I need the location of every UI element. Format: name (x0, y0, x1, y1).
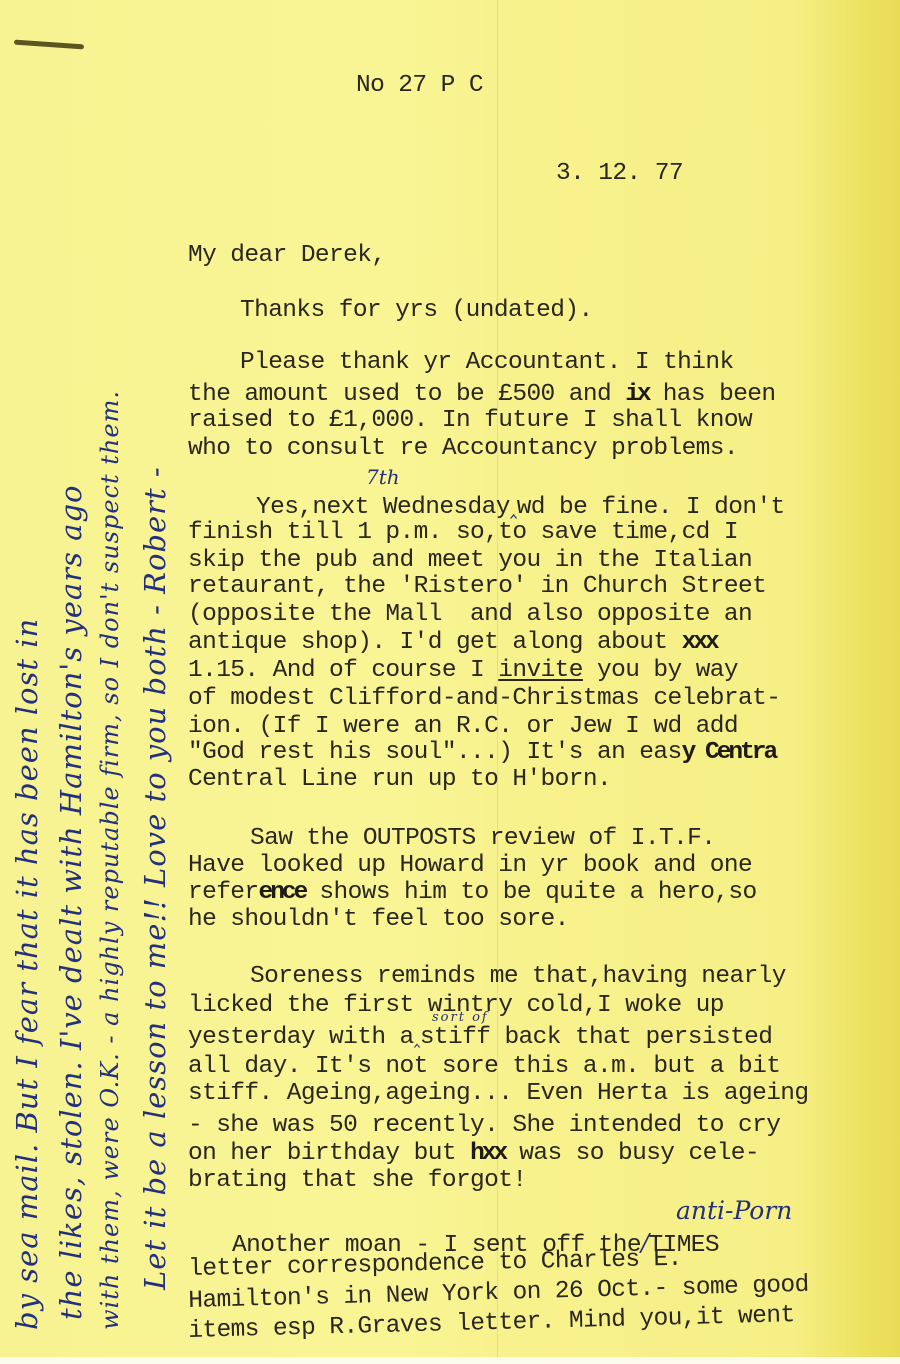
text-span: antique shop). I'd get along about (188, 629, 682, 656)
text-line: Soreness reminds me that,having nearly (250, 963, 786, 990)
underlined-text: invite (498, 657, 583, 684)
text-line: yesterday with a‸stiff back that persist… (188, 1023, 772, 1051)
text-line: on her birthday but hxx was so busy cele… (188, 1140, 759, 1167)
text-line: ion. (If I were an R.C. or Jew I wd add (188, 713, 738, 740)
reference-number: No 27 P C (356, 72, 483, 99)
text-span: on her birthday but (188, 1140, 470, 1167)
text-line: brating that she forgot! (188, 1167, 526, 1194)
text-line: retaurant, the 'Ristero' in Church Stree… (188, 573, 766, 600)
text-line: finish till 1 p.m. so,to save time,cd I (188, 519, 738, 546)
text-span: "God rest his soul"...) It's an eas (188, 739, 682, 766)
text-line: stiff. Ageing,ageing... Even Herta is ag… (188, 1080, 809, 1107)
text-span: refer (188, 879, 259, 906)
strikeout-text: y Centra (682, 739, 776, 766)
strikeout-text: ence (259, 879, 306, 906)
text-line: - she was 50 recently. She intended to c… (188, 1112, 780, 1139)
letter-page: No 27 P C 3. 12. 77 My dear Derek, Thank… (0, 0, 900, 1357)
handwritten-insertion: anti-Porn (676, 1196, 792, 1225)
margin-note-line: the likes, stolen. I've dealt with Hamil… (54, 485, 88, 1320)
text-span: wd be fine. I don't (517, 494, 785, 521)
text-span: was so busy cele- (505, 1140, 759, 1167)
letter-date: 3. 12. 77 (556, 160, 683, 187)
paragraph-thanks: Thanks for yrs (undated). (240, 297, 593, 324)
text-span: you by way (583, 657, 738, 684)
margin-note-line: by sea mail. But I fear that it has been… (10, 618, 44, 1330)
text-line: reference shows him to be quite a hero,s… (188, 879, 757, 906)
staple-mark (14, 40, 84, 50)
strikeout-text: xxx (682, 629, 717, 656)
text-line: antique shop). I'd get along about xxx (188, 629, 717, 656)
text-line: "God rest his soul"...) It's an easy Cen… (188, 739, 775, 766)
margin-note-line: Let it be a lesson to me!! Love to you b… (138, 466, 172, 1290)
text-line: Have looked up Howard in yr book and one (188, 852, 752, 879)
handwritten-insertion: 7th (366, 465, 400, 489)
salutation: My dear Derek, (188, 242, 385, 269)
text-line: of modest Clifford-and-Christmas celebra… (188, 685, 780, 712)
text-line: Saw the OUTPOSTS review of I.T.F. (250, 825, 715, 852)
text-span: 1.15. And of course I (188, 657, 498, 684)
text-line: Central Line run up to H'born. (188, 766, 611, 793)
text-line: Yes,next Wednesday‸wd be fine. I don't (256, 493, 785, 521)
text-line: raised to £1,000. In future I shall know (188, 407, 752, 434)
text-span: yesterday with a (188, 1024, 414, 1051)
text-line: the amount used to be £500 and ix has be… (188, 381, 776, 408)
caret-mark-icon: ‸ (414, 1024, 420, 1048)
strikeout-text: hxx (470, 1140, 505, 1167)
text-span: Yes,next Wednesday (256, 494, 510, 521)
margin-note-line: with them, were O.K. - a highly reputabl… (96, 390, 124, 1330)
strikeout-text: ix (625, 381, 648, 408)
text-line: skip the pub and meet you in the Italian (188, 547, 752, 574)
caret-mark-icon: ‸ (510, 494, 517, 519)
text-span: has been (649, 381, 776, 408)
text-span: stiff back that persisted (420, 1024, 773, 1051)
text-line: Please thank yr Accountant. I think (240, 349, 734, 376)
text-line: (opposite the Mall and also opposite an (188, 601, 752, 628)
text-line: 1.15. And of course I invite you by way (188, 657, 738, 684)
text-line: he shouldn't feel too sore. (188, 906, 569, 933)
text-line: all day. It's not sore this a.m. but a b… (188, 1053, 780, 1080)
text-line: who to consult re Accountancy problems. (188, 435, 738, 462)
text-span: the amount used to be £500 and (188, 381, 625, 408)
text-span: shows him to be quite a hero,so (305, 879, 756, 906)
